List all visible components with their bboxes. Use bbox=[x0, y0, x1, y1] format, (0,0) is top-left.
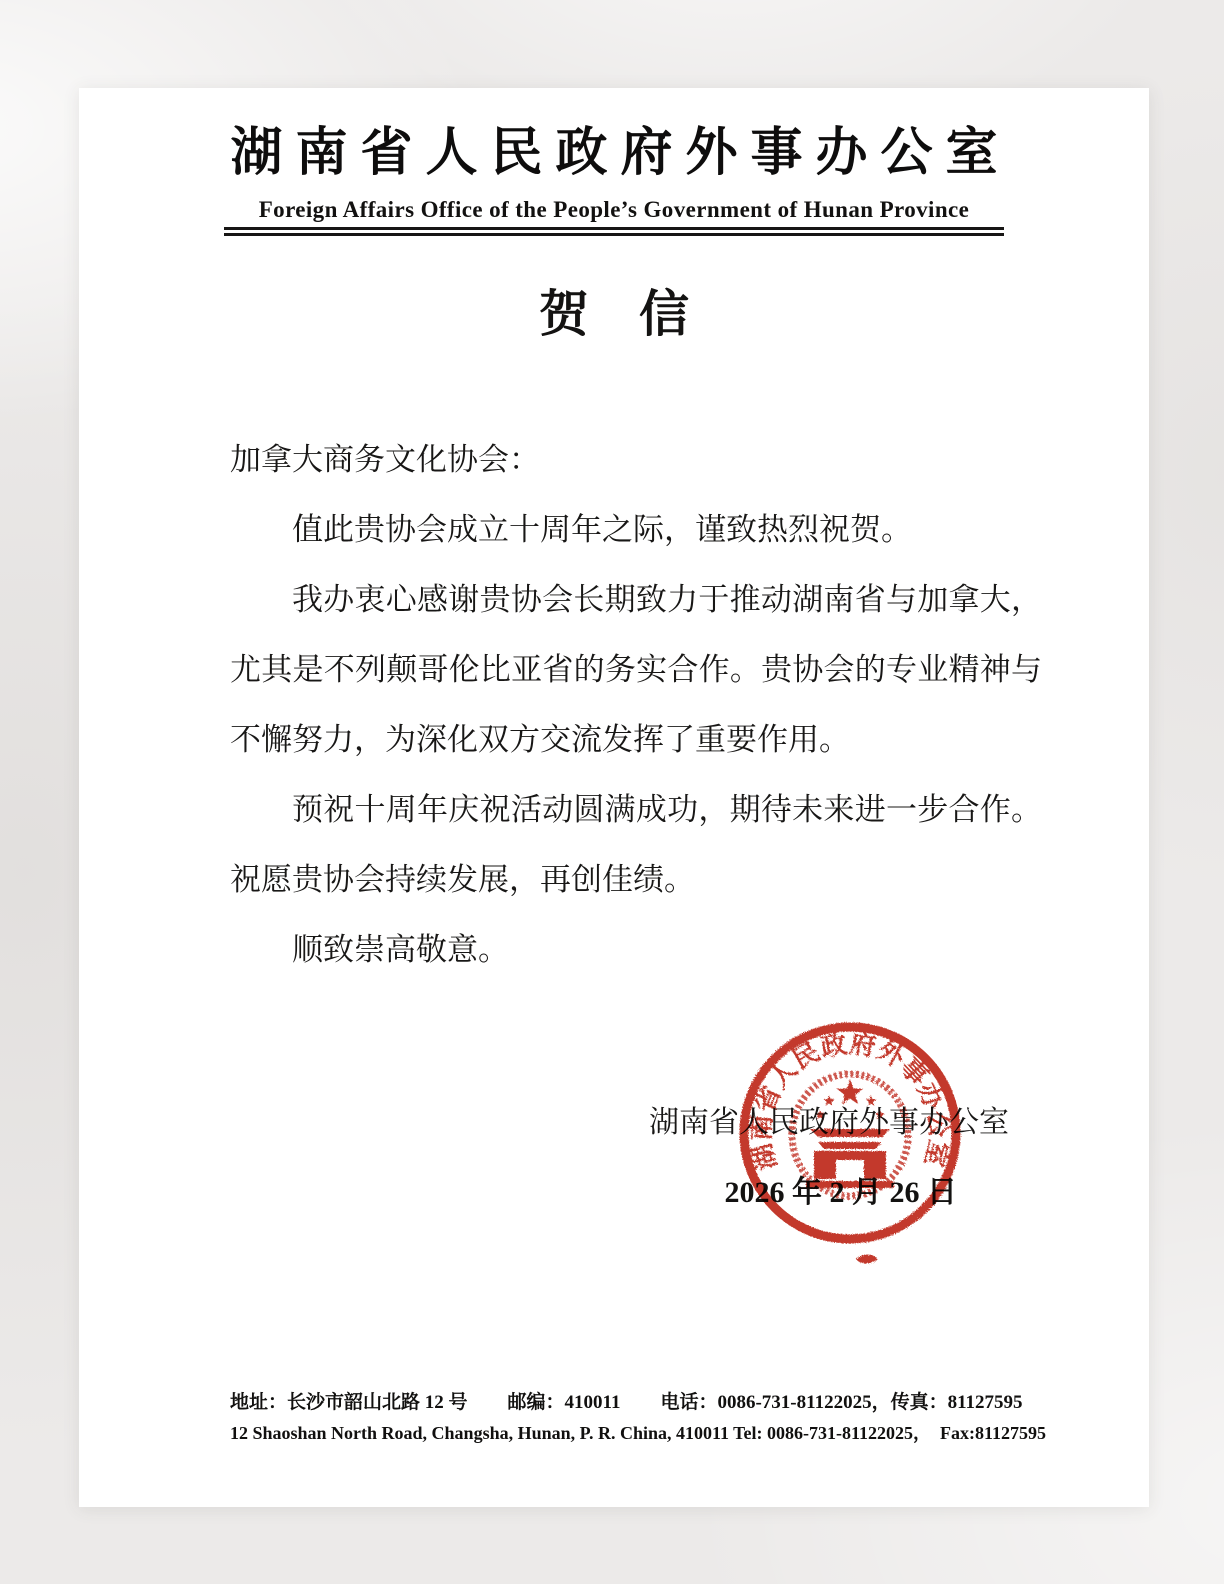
org-name-cn: 湖南省人民政府外事办公室 bbox=[79, 128, 1149, 180]
official-seal: 湖南省人民政府外事办公室 bbox=[730, 1013, 970, 1273]
seal-smudge bbox=[856, 1255, 877, 1264]
footer-address-cn: 地址：长沙市韶山北路 12 号 bbox=[230, 1388, 468, 1418]
footer-contact-cn: 地址：长沙市韶山北路 12 号 邮编：410011 电话：0086-731-81… bbox=[230, 1388, 1045, 1418]
letter-page: 湖南省人民政府外事办公室 Foreign Affairs Office of t… bbox=[79, 88, 1149, 1507]
footer-postcode: 邮编：410011 bbox=[508, 1388, 621, 1418]
footer-address-en: 12 Shaoshan North Road, Changsha, Hunan,… bbox=[230, 1418, 1045, 1448]
paragraph: 预祝十周年庆祝活动圆满成功，期待未来进一步合作。祝愿贵协会持续发展，再创佳绩。 bbox=[230, 775, 1042, 915]
paragraph: 顺致崇高敬意。 bbox=[230, 915, 1042, 985]
paragraph: 我办衷心感谢贵协会长期致力于推动湖南省与加拿大，尤其是不列颠哥伦比亚省的务实合作… bbox=[230, 565, 1042, 775]
letter-title: 贺 信 bbox=[79, 289, 1149, 339]
letterfoot: 地址：长沙市韶山北路 12 号 邮编：410011 电话：0086-731-81… bbox=[230, 1388, 1045, 1448]
org-name-en: Foreign Affairs Office of the People’s G… bbox=[79, 197, 1149, 222]
paragraph: 值此贵协会成立十周年之际，谨致热烈祝贺。 bbox=[230, 495, 1042, 565]
scan-background: 湖南省人民政府外事办公室 Foreign Affairs Office of t… bbox=[0, 0, 1224, 1584]
national-emblem-icon bbox=[792, 1074, 908, 1196]
header-divider bbox=[224, 227, 1004, 236]
footer-phone-fax-cn: 电话：0086-731-81122025，传真：81127595 bbox=[660, 1388, 1022, 1418]
salutation: 加拿大商务文化协会： bbox=[230, 425, 1042, 495]
letter-body: 加拿大商务文化协会： 值此贵协会成立十周年之际，谨致热烈祝贺。 我办衷心感谢贵协… bbox=[230, 425, 1042, 985]
